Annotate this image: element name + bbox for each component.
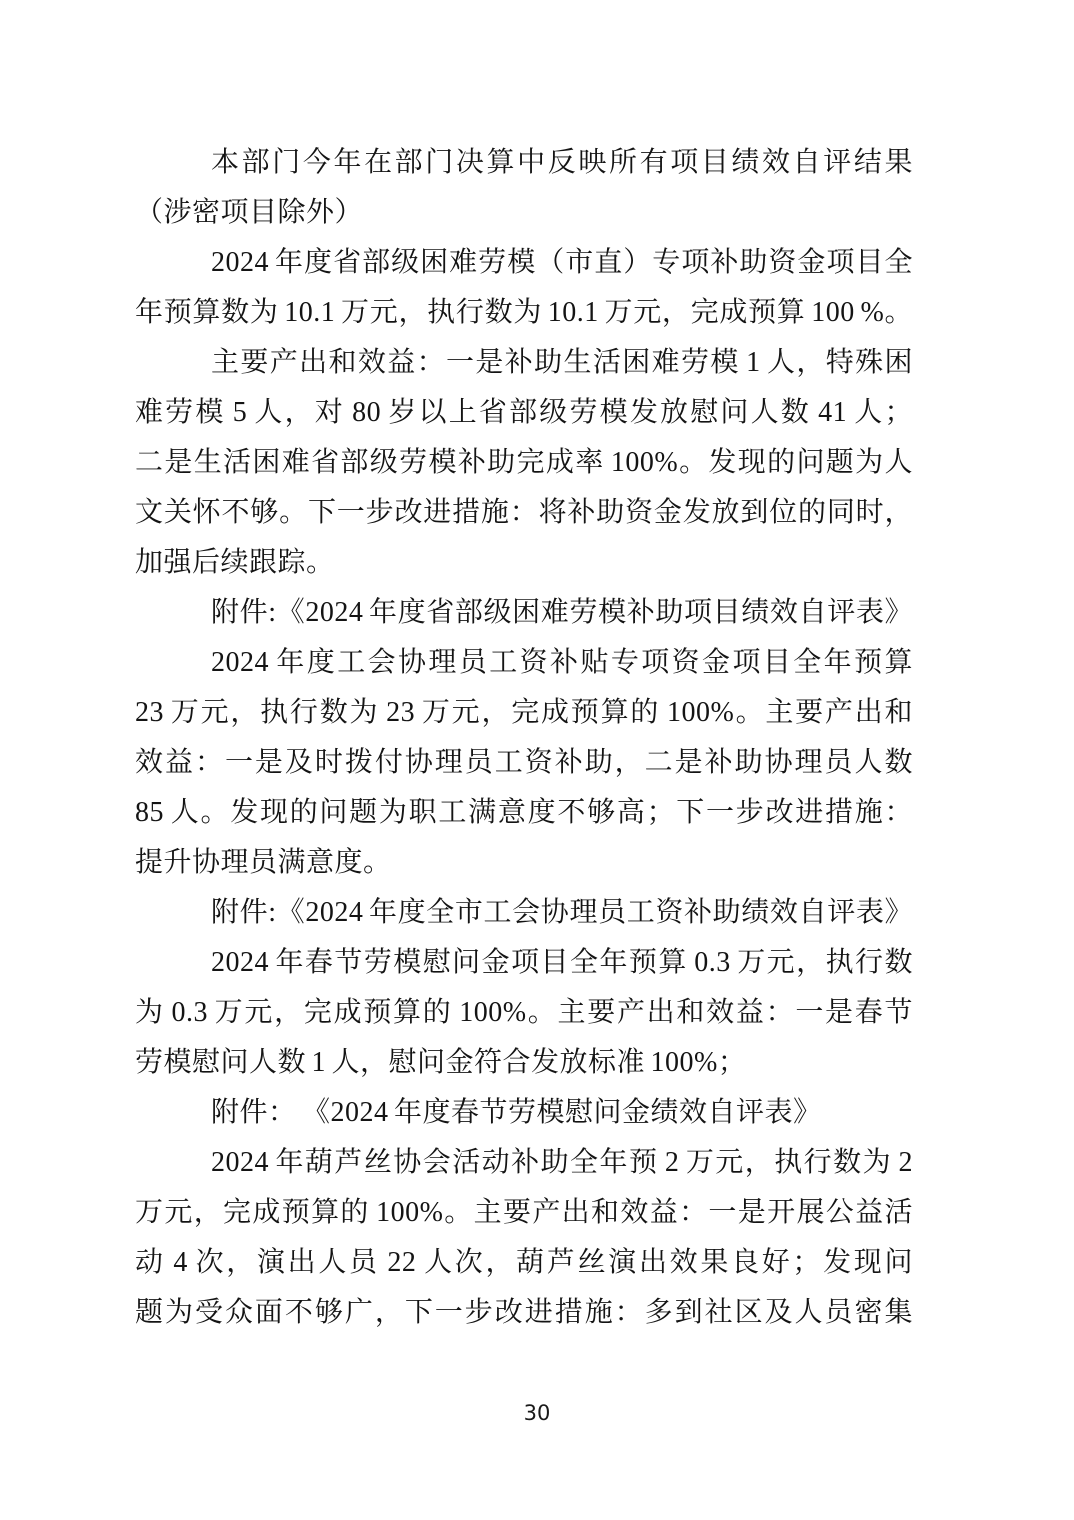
document-body: 本部门今年在部门决算中反映所有项目绩效自评结果（涉密项目除外）2024 年度省部… [135, 138, 913, 1338]
text-line: 加强后续跟踪。 [135, 538, 913, 588]
text-line: 文关怀不够。下一步改进措施：将补助资金发放到位的同时， [135, 488, 913, 538]
text-line: 主要产出和效益：一是补助生活困难劳模 1 人，特殊困 [135, 338, 913, 388]
text-line: 万元，完成预算的 100%。主要产出和效益：一是开展公益活 [135, 1188, 913, 1238]
text-line: 效益：一是及时拨付协理员工资补助，二是补助协理员人数 [135, 738, 913, 788]
text-line: 题为受众面不够广，下一步改进措施：多到社区及人员密集 [135, 1288, 913, 1338]
text-line: 本部门今年在部门决算中反映所有项目绩效自评结果 [135, 138, 913, 188]
text-line: 附件:《2024 年度省部级困难劳模补助项目绩效自评表》 [135, 588, 913, 638]
text-line: 85 人。发现的问题为职工满意度不够高；下一步改进措施： [135, 788, 913, 838]
text-line: 2024 年度工会协理员工资补贴专项资金项目全年预算 [135, 638, 913, 688]
text-line: 2024 年春节劳模慰问金项目全年预算 0.3 万元，执行数 [135, 938, 913, 988]
text-line: 难劳模 5 人，对 80 岁以上省部级劳模发放慰问人数 41 人； [135, 388, 913, 438]
document-page: 本部门今年在部门决算中反映所有项目绩效自评结果（涉密项目除外）2024 年度省部… [0, 0, 1074, 1520]
text-line: 年预算数为 10.1 万元，执行数为 10.1 万元，完成预算 100 %。 [135, 288, 913, 338]
text-line: 劳模慰问人数 1 人，慰问金符合发放标准 100%； [135, 1038, 913, 1088]
text-line: 2024 年度省部级困难劳模（市直）专项补助资金项目全 [135, 238, 913, 288]
text-line: 2024 年葫芦丝协会活动补助全年预 2 万元，执行数为 2 [135, 1138, 913, 1188]
page-number: 30 [524, 1401, 551, 1425]
text-line: 23 万元，执行数为 23 万元，完成预算的 100%。主要产出和 [135, 688, 913, 738]
text-line: 动 4 次，演出人员 22 人次，葫芦丝演出效果良好；发现问 [135, 1238, 913, 1288]
text-line: 二是生活困难省部级劳模补助完成率 100%。发现的问题为人 [135, 438, 913, 488]
page-footer: 30 [0, 1398, 1074, 1428]
text-line: 为 0.3 万元，完成预算的 100%。主要产出和效益：一是春节 [135, 988, 913, 1038]
text-line: 提升协理员满意度。 [135, 838, 913, 888]
text-line: （涉密项目除外） [135, 188, 913, 238]
text-line: 附件： 《2024 年度春节劳模慰问金绩效自评表》 [135, 1088, 913, 1138]
text-line: 附件:《2024 年度全市工会协理员工资补助绩效自评表》 [135, 888, 913, 938]
